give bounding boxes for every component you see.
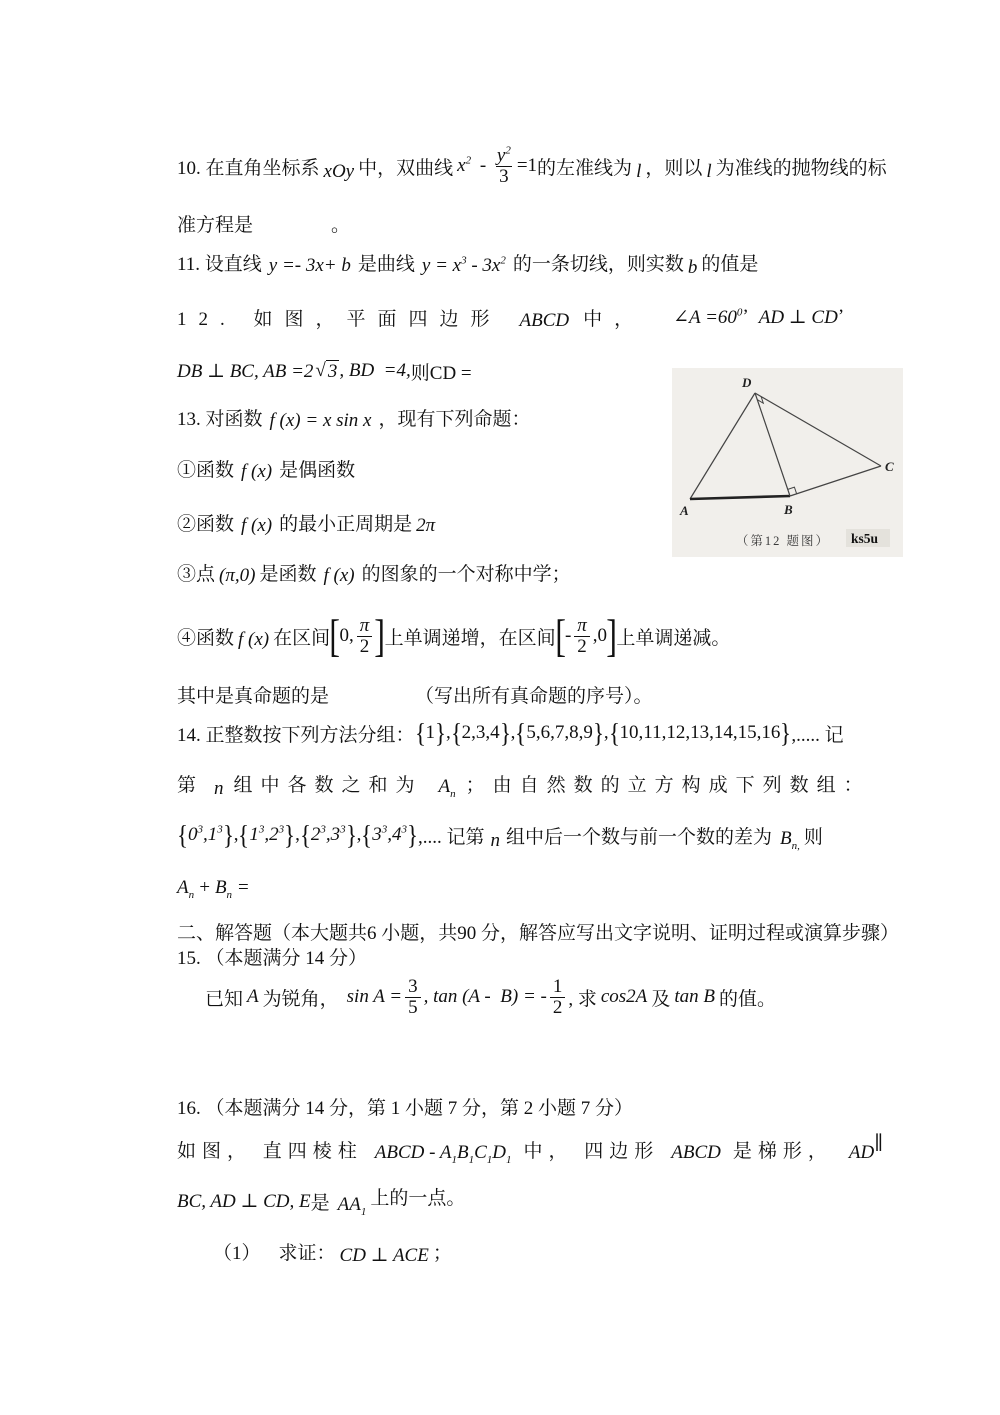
question-15-body: 已知 A 为锐角， sin A = 35 , tan (A - B) = - 1… [205,968,776,1026]
subscript: n [189,889,195,901]
text-run: （写出所有真命题的序号）。 [415,681,653,708]
math-l: l [636,161,641,183]
math-fx: f (x) [241,515,272,537]
right-bracket: ] [375,614,386,658]
text-run: 13. 对函数 [177,404,263,431]
math-cd-perp-ace: CD ⊥ ACE [340,1244,429,1267]
text-run: ,..... 记 [791,720,843,747]
fraction-denominator: 2 [574,636,590,657]
vertex-label-A: A [679,503,689,518]
set-values: 1 [425,722,435,744]
subscript: 1 [361,1206,367,1218]
text-run: 如图， 直四棱柱 [177,1136,363,1163]
proposition-4: ④函数 f (x) 在区间 [ 0, π2 ] 上单调递增，在区间 [ - π2… [177,600,730,672]
math-curve-eq: y = x3 - 3x2 [422,255,506,277]
math-xoy: xOy [324,161,355,183]
text-run: 中， 四边形 [524,1136,660,1163]
set-values: 5,6,7,8,9 [526,722,593,744]
text-run: ，则以 [645,153,702,180]
left-brace: { [238,822,249,849]
question-12-line-2: DB ⊥ BC, AB =2 √3 , BD =4, 则CD = [177,350,472,392]
math-fx: f (x) [241,461,272,483]
semicolon: ； [433,1238,452,1265]
radical-sign: √ [315,360,325,382]
text-run: ②函数 [177,509,234,536]
text-run: 为准线的抛物线的标 [716,153,887,180]
question-14-line-2: 第 n 组中各数之和为 An ；由自然数的立方构成下列数组： [177,760,871,806]
text-run: 为锐角， [263,984,339,1011]
subscript: n, [792,840,800,852]
math-sinA: sin A = [347,986,402,1008]
fraction-y2-over-3: y2 3 [494,146,514,187]
text-run: ③点 [177,559,215,586]
fraction-pi-2: π2 [357,616,373,657]
text-run: 上单调递增，在区间 [385,623,556,650]
math-tan: , tan (A - B) = - [424,986,547,1008]
left-bracket: [ [555,614,566,658]
right-brace: } [435,720,446,747]
subscript: n [227,889,233,901]
left-brace: { [300,822,311,849]
math-An: An [439,776,456,798]
math-run: D [492,1142,506,1163]
math-aa1: AA1 [338,1194,367,1216]
right-brace: } [780,720,791,747]
math-fx: f (x) [323,565,354,587]
fraction-denominator: 2 [550,997,566,1018]
left-brace: { [609,720,620,747]
math-var: 3 [372,824,382,845]
text-run: 16. （本题满分 14 分，第 1 小题 7 分，第 2 小题 7 分） [177,1093,633,1120]
set-values: 10,11,12,13,14,15,16 [620,722,781,744]
proposition-1: ①函数 f (x) 是偶函数 [177,444,355,492]
minus-sign: - [475,155,491,177]
right-brace: } [500,720,511,747]
math-var: A [439,776,451,797]
text-run: 的一条切线，则实数 [513,249,684,276]
math-ad-perp-cd: AD ⊥ CD [759,306,838,329]
text-run: 是函数 [259,559,316,586]
text-run: 组中后一个数与前一个数的差为 [506,822,772,849]
cube-pair: 33,43 [372,824,407,846]
figure-question-12: D A B C （第12 题图） ks5u [672,368,903,563]
math-fx-def: f (x) = x sin x [270,410,372,432]
question-15-header: 15. （本题满分 14 分） [177,942,367,970]
question-16-line-3: BC, AD ⊥ CD, E 是 AA1 上的一点。 [177,1178,465,1224]
exponent: 3 [340,824,346,836]
right-bracket: ] [606,614,617,658]
math-Bn: Bn, [780,828,800,850]
math-prism: ABCD - A1B1C1D1 [375,1142,512,1164]
text-run: 已知 [205,984,243,1011]
exponent: 2 [505,144,511,156]
text-run: 则CD = [411,358,472,385]
math-run: , BD =4, [339,360,410,382]
text-run: ④函数 [177,623,234,650]
math-run: AA [338,1194,361,1215]
apostrophe: ’ [742,306,748,328]
math-var: 1 [208,824,218,845]
text-run: 12. 如图，平面四边形 [177,304,502,331]
comma: , [604,722,609,744]
math-b: b [688,257,698,279]
question-13: 13. 对函数 f (x) = x sin x ，现有下列命题： [177,394,531,440]
fraction-numerator: π [357,616,373,636]
math-var: 4 [392,824,402,845]
question-16-line-2: 如图， 直四棱柱 ABCD - A1B1C1D1 中， 四边形 ABCD 是梯形… [177,1122,883,1176]
math-abcd: ABCD [671,1142,721,1164]
right-brace: } [223,822,234,849]
figure-caption: （第12 题图） [736,534,830,548]
math-An-plus-Bn: An+Bn= [177,877,249,899]
text-run: ，现有下列命题： [379,404,531,431]
fraction-numerator: y2 [494,146,514,166]
math-n: n [491,830,501,852]
text-run: 的图象的一个对称中学； [362,559,571,586]
question-11: 11. 设直线 y =- 3x+ b 是曲线 y = x3 - 3x2 的一条切… [177,236,758,288]
proposition-3: ③点 (π,0) 是函数 f (x) 的图象的一个对称中学； [177,548,571,596]
question-14-line-1: 14. 正整数按下列方法分组： {1}, {2,3,4}, {5,6,7,8,9… [177,708,844,758]
math-var: B [215,877,227,898]
math-var: A [177,877,189,898]
math-run: B [457,1142,469,1163]
question-10-line-2: 准方程是 。 [177,208,350,238]
vertex-label-C: C [885,459,894,474]
text-run: 上单调递减。 [616,623,730,650]
right-brace: } [407,822,418,849]
exponent: 2 [466,155,472,167]
text-run: 是 [311,1188,330,1215]
left-brace: { [177,822,188,849]
text-run: 的值是 [701,249,758,276]
fraction-numerator: 3 [405,977,421,997]
text-run: ；由自然数的立方构成下列数组： [466,770,871,797]
exponent: 2 [500,255,506,267]
text-run: 的左准线为 [537,153,632,180]
text-run: 14. 正整数按下列方法分组： [177,720,415,747]
text-run: 中，双曲线 [358,153,453,180]
math-var: B [780,828,792,849]
text-run: 组中各数之和为 [234,770,423,797]
text-run: 第 [177,770,204,797]
text-run: ,.... 记第 [418,822,485,849]
text-run: 是曲线 [358,249,415,276]
watermark-text: ks5u [851,531,879,546]
math-x-squared: x2 [457,155,471,177]
text-run: 准方程是 [177,210,253,237]
cube-pair: 23,33 [311,824,346,846]
fraction-numerator: π [574,616,590,636]
text-run: 中， [583,304,645,331]
math-run: ABCD - A [375,1142,452,1163]
fraction-pi-2: π2 [574,616,590,657]
math-var: 3 [331,824,341,845]
fraction-numerator: 1 [550,977,566,997]
quadrilateral-diagram: D A B C （第12 题图） ks5u [672,368,903,557]
math-var: 2 [269,824,279,845]
text-run: 其中是真命题的是 [177,681,329,708]
math-run: y = x [422,255,461,276]
text-run: 则 [804,822,823,849]
math-var: 1 [249,824,259,845]
math-run: DB ⊥ BC, AB =2 [177,360,313,383]
text-run: 的值。 [719,984,776,1011]
question-13-conclusion: 其中是真命题的是 （写出所有真命题的序号）。 [177,680,653,708]
figure-background [672,368,903,557]
text-run: 是偶函数 [279,455,355,482]
question-16-header: 16. （本题满分 14 分，第 1 小题 7 分，第 2 小题 7 分） [177,1092,633,1120]
fraction-3-5: 35 [405,977,421,1018]
question-10-line-1: 10. 在直角坐标系 xOy 中，双曲线 x2 - y2 3 =1 的左准线为 … [177,130,887,202]
apostrophe: ’ [838,306,844,328]
math-var: x [457,155,465,176]
proposition-2: ②函数 f (x) 的最小正周期是 2π [177,498,439,546]
exponent: 3 [217,824,223,836]
radicand: 3 [326,360,340,383]
right-brace: } [346,822,357,849]
question-16-part-1: （1） 求证： CD ⊥ ACE ； [213,1230,452,1272]
fraction-1-2: 12 [550,977,566,1018]
question-14-line-3: {03,13}, {13,23}, {23,33}, {33,43} ,....… [177,808,823,862]
plus-sign: + [198,877,211,898]
question-12-line-1: 12. 如图，平面四边形 ABCD 中， ∠A =600 ’ AD ⊥ CD ’ [177,294,844,340]
period: 。 [331,210,350,237]
math-ad: AD [849,1142,874,1164]
text-run: 上的一点。 [370,1183,465,1210]
text-run: 求证： [279,1238,336,1265]
text-run: 的最小正周期是 [279,509,412,536]
text-run: 10. 在直角坐标系 [177,153,320,180]
left-brace: { [414,720,425,747]
text-run: 及 [651,984,670,1011]
math-point: (π,0) [219,565,255,587]
math-run: BC, AD ⊥ CD, E [177,1190,311,1213]
cube-pair: 13,23 [249,824,284,846]
math-run: - 3x [467,255,501,276]
left-brace: { [451,720,462,747]
math-l: l [706,161,711,183]
text-run: 11. 设直线 [177,249,262,276]
cube-pair: 03,13 [188,824,223,846]
math-cos2A: cos2A [601,986,647,1008]
math-tanB: tan B [674,986,715,1008]
interval-start: 0, [339,625,353,647]
exam-page: 10. 在直角坐标系 xOy 中，双曲线 x2 - y2 3 =1 的左准线为 … [0,0,1000,1415]
text-run: , 求 [568,984,597,1011]
math-var: 2 [311,824,321,845]
math-A: A [247,986,259,1008]
vertex-label-B: B [783,502,793,517]
equals-sign: = [238,877,249,898]
text-run: ①函数 [177,455,234,482]
fraction-denominator: 2 [357,636,373,657]
interval-end: ,0 [593,625,607,647]
math-2pi: 2π [416,515,435,537]
part-number: （1） [213,1238,261,1265]
math-fx: f (x) [238,629,269,651]
set-values: 2,3,4 [462,722,500,744]
left-brace: { [515,720,526,747]
math-angle-a: ∠A =600 [673,306,742,329]
subscript: n [450,788,456,800]
math-run: ∠A =60 [673,307,737,328]
math-n: n [214,778,224,800]
text-run: 是梯形， [733,1136,833,1163]
left-brace: { [361,822,372,849]
subscript: 1 [506,1154,512,1166]
right-brace: } [284,822,295,849]
question-14-line-4: An+Bn= [177,870,249,906]
section-title: 二、解答题（本大题共6 小题，共90 分，解答应写出文字说明、证明过程或演算步骤… [177,918,899,945]
left-bracket: [ [329,614,340,658]
math-line-eq: y =- 3x+ b [269,255,351,277]
equals-one: =1 [517,155,537,177]
parallel-sign: ∥ [874,1132,883,1155]
text-run: 在区间 [273,623,330,650]
fraction-denominator: 5 [405,997,421,1018]
vertex-label-D: D [741,375,752,390]
fraction-denominator: 3 [496,166,512,187]
math-run: C [474,1142,487,1163]
right-brace: } [593,720,604,747]
math-abcd: ABCD [520,310,570,332]
text-run: 15. （本题满分 14 分） [177,943,367,970]
